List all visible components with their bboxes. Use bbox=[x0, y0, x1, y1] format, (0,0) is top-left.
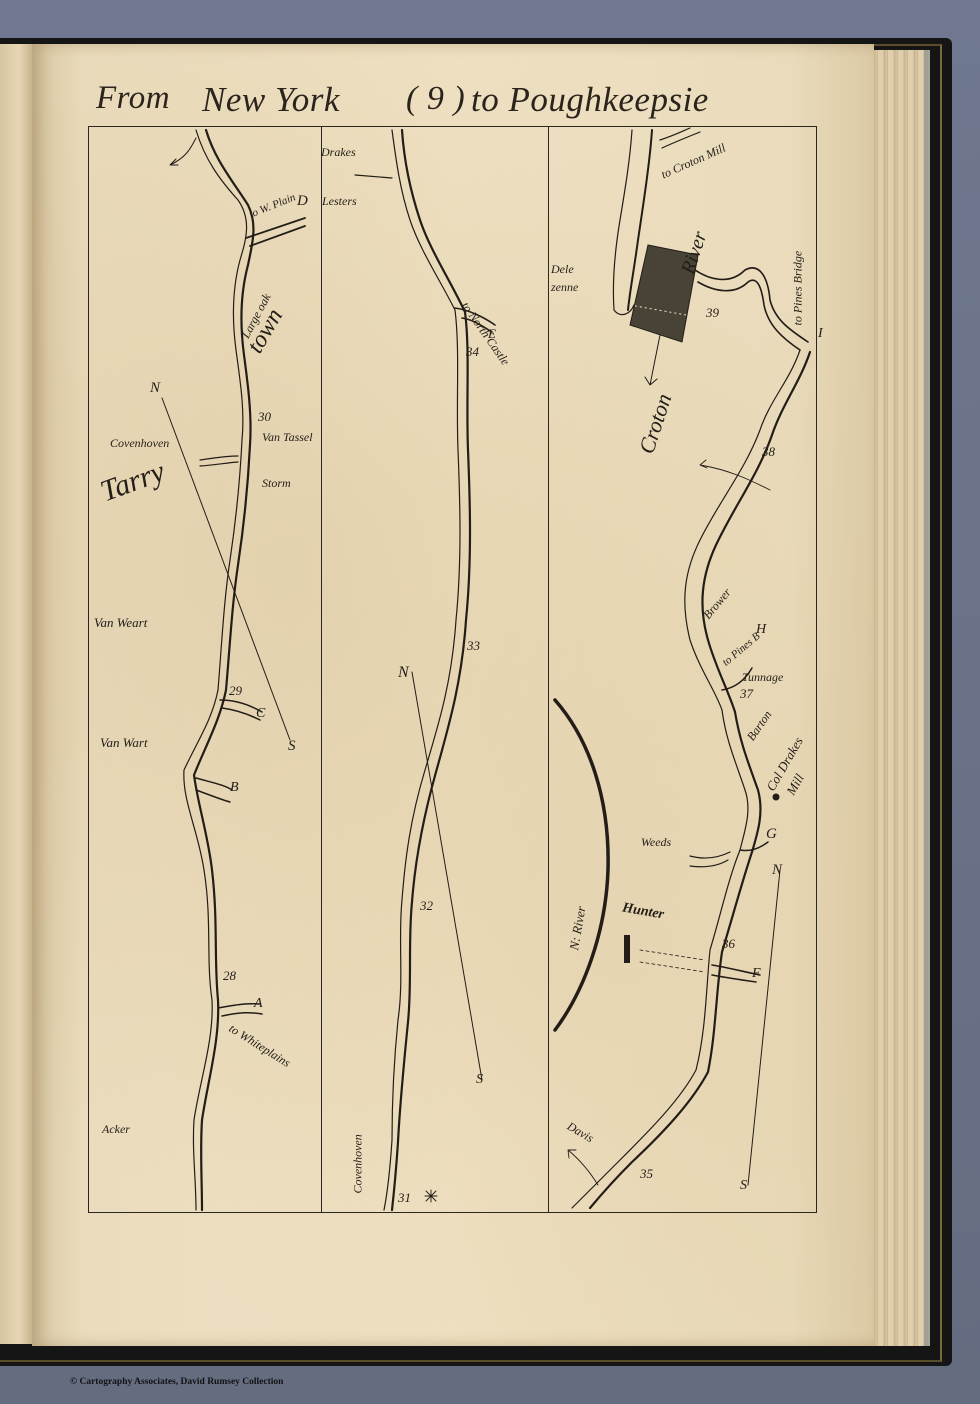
mile-33: 33 bbox=[467, 638, 480, 654]
map-frame bbox=[88, 126, 817, 1213]
mile-38: 38 bbox=[762, 444, 775, 460]
label-weeds: Weeds bbox=[641, 835, 671, 850]
label-covenhoven: Covenhoven bbox=[110, 436, 169, 451]
label-dele: Dele bbox=[551, 262, 574, 277]
strip-2 bbox=[322, 127, 549, 1212]
label-letter-d: D bbox=[297, 193, 308, 210]
copyright-credit: © Cartography Associates, David Rumsey C… bbox=[70, 1377, 283, 1387]
mile-28: 28 bbox=[223, 968, 236, 984]
title-destination: to Poughkeepsie bbox=[471, 80, 709, 120]
compass-n-strip1: N bbox=[150, 380, 160, 397]
left-page-edge bbox=[0, 44, 32, 1344]
label-to-pines-bridge: to Pines Bridge bbox=[791, 251, 806, 326]
label-letter-a: A bbox=[254, 996, 263, 1012]
label-zenne: zenne bbox=[551, 280, 578, 295]
mile-36: 36 bbox=[722, 936, 735, 952]
strip-1 bbox=[89, 127, 322, 1212]
page-stack bbox=[868, 50, 930, 1346]
label-storm: Storm bbox=[262, 476, 291, 491]
title-page-number: ( 9 ) bbox=[406, 80, 465, 118]
mile-30: 30 bbox=[258, 409, 271, 425]
compass-n-strip2: N bbox=[398, 664, 409, 682]
compass-s-strip2: S bbox=[476, 1072, 483, 1088]
mile-34: 34 bbox=[466, 344, 479, 360]
label-covenhoven-2: Covenhoven bbox=[351, 1134, 366, 1193]
label-letter-e: E bbox=[488, 326, 496, 342]
label-lesters: Lesters bbox=[322, 194, 357, 209]
label-acker: Acker bbox=[102, 1122, 130, 1137]
label-letter-h: H bbox=[756, 622, 766, 638]
title-origin: New York bbox=[202, 80, 340, 120]
title-from: From bbox=[96, 80, 170, 117]
label-van-wart: Van Wart bbox=[100, 735, 148, 751]
label-letter-g: G bbox=[766, 826, 777, 843]
mile-31: 31 bbox=[398, 1190, 411, 1206]
compass-n-strip3: N bbox=[772, 862, 782, 879]
page-title: From New York ( 9 ) to Poughkeepsie bbox=[96, 80, 776, 124]
mile-35: 35 bbox=[640, 1166, 653, 1182]
compass-s-strip1: S bbox=[288, 738, 296, 755]
mile-29: 29 bbox=[229, 683, 242, 699]
mile-32: 32 bbox=[420, 898, 433, 914]
label-letter-b: B bbox=[230, 780, 239, 796]
compass-s-strip3: S bbox=[740, 1178, 747, 1194]
mile-39: 39 bbox=[706, 305, 719, 321]
mile-37: 37 bbox=[740, 686, 753, 702]
label-letter-i: I bbox=[818, 326, 823, 342]
label-drakes: Drakes bbox=[321, 145, 356, 160]
label-van-tassel: Van Tassel bbox=[262, 430, 318, 444]
label-letter-f: F bbox=[752, 966, 761, 982]
label-letter-c: C bbox=[256, 706, 265, 722]
label-van-weart: Van Weart bbox=[94, 615, 147, 631]
label-tunnage: Tunnage bbox=[742, 670, 783, 685]
